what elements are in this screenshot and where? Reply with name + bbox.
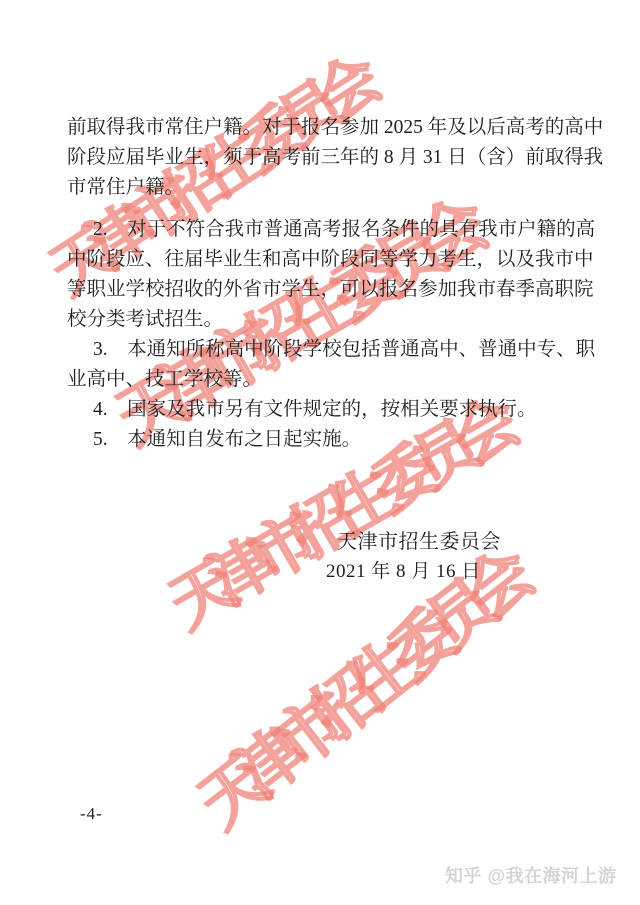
body-line: 5. 本通知自发布之日起实施。	[67, 425, 573, 455]
body-line: 2. 对于不符合我市普通高考报名条件的具有我市户籍的高	[67, 215, 573, 245]
body-line: 前取得我市常住户籍。对于报名参加 2025 年及以后高考的高中	[67, 113, 573, 143]
body-line: 等职业学校招收的外省市学生，可以报名参加我市春季高职院	[67, 275, 573, 305]
body-line: 中阶段应、往届毕业生和高中阶段同等学力考生，以及我市中	[67, 245, 573, 275]
body-line: 阶段应届毕业生，须于高考前三年的 8 月 31 日（含）前取得我	[67, 143, 573, 173]
notice-body: 前取得我市常住户籍。对于报名参加 2025 年及以后高考的高中阶段应届毕业生，须…	[67, 113, 573, 455]
signature-date: 2021 年 8 月 16 日	[326, 556, 481, 583]
body-line: 校分类考试招生。	[67, 305, 573, 335]
page-number: -4-	[80, 804, 103, 824]
body-line: 业高中、技工学校等。	[67, 365, 573, 395]
zhihu-credit-watermark: 知乎 @我在海河上游	[445, 862, 617, 888]
body-line: 3. 本通知所称高中阶段学校包括普通高中、普通中专、职	[67, 335, 573, 365]
body-line: 市常住户籍。	[67, 173, 573, 203]
body-line: 4. 国家及我市另有文件规定的，按相关要求执行。	[67, 395, 573, 425]
document-page: 天津市招生委员会天津市招生委员会天津市招生委员会天津市招生委员会 前取得我市常住…	[0, 0, 640, 905]
signature-issuer: 天津市招生委员会	[337, 525, 501, 554]
